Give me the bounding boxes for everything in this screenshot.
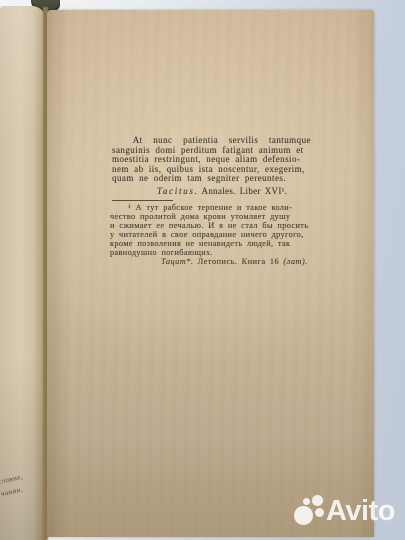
footnote-separator-rule — [112, 200, 173, 201]
epigraph-source: Annales. Liber XVI¹. — [202, 186, 288, 196]
avito-logo-circle-right — [315, 508, 324, 517]
footnote-lang-note: (лат). — [283, 257, 307, 266]
avito-brand-text: Avito — [326, 494, 395, 531]
avito-logo-circle-large — [294, 506, 313, 525]
avito-watermark: Avito — [294, 494, 398, 531]
book-photo: словие, чании. At nunc patientia servili… — [0, 0, 405, 540]
book-page: At nunc patientia servilis tantumque san… — [47, 10, 374, 537]
epigraph-attribution: Tacitus.Annales. Liber XVI¹. — [157, 186, 287, 196]
epigraph-latin-text: At nunc patientia servilis tantumque san… — [112, 136, 346, 184]
footnote-text: ¹ А тут рабское терпение и такое коли- ч… — [110, 203, 350, 258]
avito-logo-circle-medium — [312, 495, 323, 506]
facing-page-text-fragment: чании. — [0, 485, 24, 498]
facing-page-edge: словие, чании. — [0, 6, 46, 540]
avito-logo-circle-small — [303, 498, 310, 505]
footnote-attribution: Тацит*. Летопись. Книга 16 (лат). — [161, 257, 308, 266]
footnote-author: Тацит*. — [161, 257, 193, 266]
epigraph-author: Tacitus. — [157, 186, 199, 196]
facing-page-text-fragment: словие, — [0, 473, 24, 486]
footnote-source: Летопись. Книга 16 — [198, 257, 279, 266]
